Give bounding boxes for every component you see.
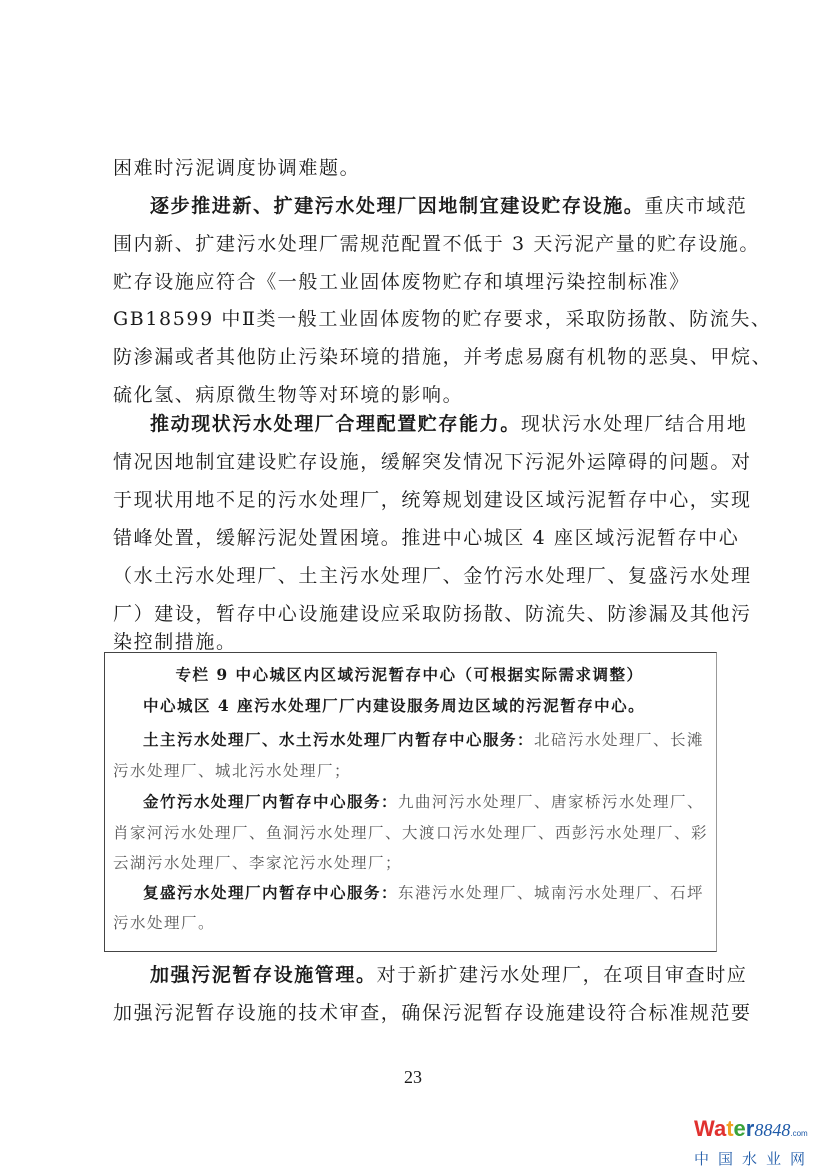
box-title: 专栏 9 中心城区内区域污泥暂存中心（可根据实际需求调整） <box>104 665 715 685</box>
paragraph-storage-new: 逐步推进新、扩建污水处理厂因地制宜建设贮存设施。重庆市域范 <box>150 194 723 218</box>
text-line: 加强污泥暂存设施的技术审查，确保污泥暂存设施建设符合标准规范要 <box>113 1001 723 1025</box>
watermark-number: 8848 <box>754 1120 790 1140</box>
entry-text-line: 云湖污水处理厂、李家沱污水处理厂； <box>113 853 713 873</box>
text-line: 于现状用地不足的污水处理厂，统筹规划建设区域污泥暂存中心，实现 <box>113 488 723 512</box>
paragraph-heading: 推动现状污水处理厂合理配置贮存能力。 <box>150 413 521 435</box>
box-entry-fusheng: 复盛污水处理厂内暂存中心服务：东港污水处理厂、城南污水处理厂、石坪 <box>143 883 713 903</box>
text-line: GB18599 中Ⅱ类一般工业固体废物的贮存要求，采取防扬散、防流失、 <box>113 307 723 331</box>
text-line: 情况因地制宜建设贮存设施，缓解突发情况下污泥外运障碍的问题。对 <box>113 450 723 474</box>
water8848-watermark-logo: Water8848.com 中国水业网 <box>694 1118 826 1168</box>
watermark-letter: t <box>726 1116 733 1141</box>
text-line: 厂）建设，暂存中心设施建设应采取防扬散、防流失、防渗漏及其他污 <box>113 602 723 626</box>
text-run: 现状污水处理厂结合用地 <box>521 413 748 435</box>
text-line: 围内新、扩建污水处理厂需规范配置不低于 3 天污泥产量的贮存设施。 <box>113 232 723 256</box>
watermark-letter: W <box>694 1116 714 1141</box>
text-line: 困难时污泥调度协调难题。 <box>113 156 723 180</box>
text-line: 贮存设施应符合《一般工业固体废物贮存和填埋污染控制标准》 <box>113 270 723 294</box>
entry-text: 九曲河污水处理厂、唐家桥污水处理厂、 <box>398 793 704 811</box>
page-number: 23 <box>0 1067 826 1088</box>
entry-text-line: 污水处理厂、城北污水处理厂； <box>113 761 713 781</box>
text-run: 对于新扩建污水处理厂，在项目审查时应 <box>377 964 748 986</box>
entry-text: 东港污水处理厂、城南污水处理厂、石坪 <box>398 884 704 902</box>
text-line: 防渗漏或者其他防止污染环境的措施，并考虑易腐有机物的恶臭、甲烷、 <box>113 345 723 369</box>
watermark-letter: e <box>734 1116 746 1141</box>
text-line: 硫化氢、病原微生物等对环境的影响。 <box>113 383 723 407</box>
watermark-wordmark: Water8848.com <box>694 1118 826 1145</box>
text-line: 错峰处置，缓解污泥处置困境。推进中心城区 4 座区域污泥暂存中心 <box>113 526 723 550</box>
watermark-letter: a <box>714 1116 726 1141</box>
entry-label: 复盛污水处理厂内暂存中心服务： <box>143 883 398 902</box>
paragraph-heading: 加强污泥暂存设施管理。 <box>150 964 377 986</box>
watermark-chinese-name: 中国水业网 <box>694 1148 826 1169</box>
box-entry-jinzhu: 金竹污水处理厂内暂存中心服务：九曲河污水处理厂、唐家桥污水处理厂、 <box>143 792 713 812</box>
box-entry-tuzhu-shuitu: 土主污水处理厂、水土污水处理厂内暂存中心服务：北碚污水处理厂、长滩 <box>143 730 713 750</box>
entry-label: 土主污水处理厂、水土污水处理厂内暂存中心服务： <box>143 730 534 749</box>
text-run: 重庆市域范 <box>644 195 747 217</box>
text-line: 染控制措施。 <box>113 630 723 654</box>
paragraph-heading: 逐步推进新、扩建污水处理厂因地制宜建设贮存设施。 <box>150 195 644 217</box>
entry-text-line: 肖家河污水处理厂、鱼洞污水处理厂、大渡口污水处理厂、西彭污水处理厂、彩 <box>113 823 713 843</box>
entry-text-line: 污水处理厂。 <box>113 913 713 933</box>
paragraph-storage-existing: 推动现状污水处理厂合理配置贮存能力。现状污水处理厂结合用地 <box>150 412 723 436</box>
entry-label: 金竹污水处理厂内暂存中心服务： <box>143 792 398 811</box>
document-page: 困难时污泥调度协调难题。 逐步推进新、扩建污水处理厂因地制宜建设贮存设施。重庆市… <box>0 0 826 1169</box>
entry-text: 北碚污水处理厂、长滩 <box>534 731 704 749</box>
box-subtitle: 中心城区 4 座污水处理厂厂内建设服务周边区域的污泥暂存中心。 <box>143 696 713 716</box>
paragraph-storage-management: 加强污泥暂存设施管理。对于新扩建污水处理厂，在项目审查时应 <box>150 963 723 987</box>
text-line: （水土污水处理厂、土主污水处理厂、金竹污水处理厂、复盛污水处理 <box>113 564 723 588</box>
watermark-suffix: .com <box>790 1129 807 1138</box>
watermark-letters: Water <box>694 1116 754 1141</box>
